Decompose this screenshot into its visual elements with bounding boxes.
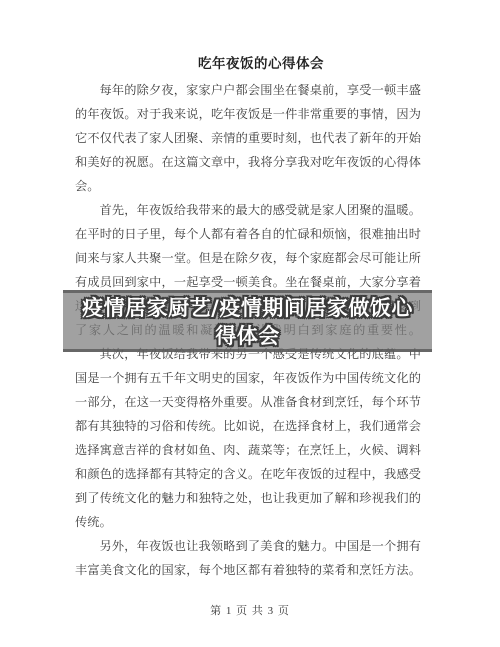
document-line: 在平时的日子里，每个人都有着各自的忙碌和烦恼，很难抽出时: [75, 222, 421, 246]
document-title: 吃年夜饭的心得体会: [88, 52, 434, 76]
document-line: 它不仅代表了家人团聚、亲情的重要时刻，也代表了新年的开始: [75, 126, 421, 150]
document-line: 的年夜饭。对于我来说，吃年夜饭是一件非常重要的事情，因为: [75, 102, 421, 126]
document-line: 和美好的祝愿。在这篇文章中，我将分享我对吃年夜饭的心得体: [75, 150, 421, 174]
document-line: 传统。: [75, 510, 421, 534]
document-line: 到了传统文化的魅力和独特之处，也让我更加了解和珍视我们的: [75, 486, 421, 510]
document-line: 和颜色的选择都有其特定的含义。在吃年夜饭的过程中，我感受: [75, 462, 421, 486]
document-line: 首先，年夜饭给我带来的最大的感受就是家人团聚的温暖。: [75, 198, 421, 222]
document-line: 另外，年夜饭也让我领略到了美食的魅力。中国是一个拥有: [75, 534, 421, 558]
document-page: 吃年夜饭的心得体会 每年的除夕夜，家家户户都会围坐在餐桌前，享受一顿丰盛的年夜饭…: [0, 0, 500, 647]
watermark-banner-text: 疫情居家厨艺/疫情期间居家做饭心: [82, 295, 413, 323]
document-line: 一部分，在这一天变得格外重要。从准备食材到烹饪，每个环节: [75, 390, 421, 414]
page-number-footer: 第 1 页 共 3 页: [0, 601, 500, 621]
document-line: 都有其独特的习俗和传统。比如说，在选择食材上，我们通常会: [75, 414, 421, 438]
document-line: 会。: [75, 174, 421, 198]
document-line: 间来与家人共聚一堂。但是在除夕夜，每个家庭都会尽可能让所: [75, 246, 421, 270]
watermark-banner-text: 得体会: [215, 323, 280, 351]
watermark-banner: 疫情居家厨艺/疫情期间居家做饭心得体会: [63, 290, 432, 352]
document-line: 每年的除夕夜，家家户户都会围坐在餐桌前，享受一顿丰盛: [75, 78, 421, 102]
document-line: 国是一个拥有五千年文明史的国家，年夜饭作为中国传统文化的: [75, 366, 421, 390]
document-line: 选择寓意吉祥的食材如鱼、肉、蔬菜等；在烹饪上，火候、调料: [75, 438, 421, 462]
document-line: 丰富美食文化的国家，每个地区都有着独特的菜肴和烹饪方法。: [75, 558, 421, 582]
